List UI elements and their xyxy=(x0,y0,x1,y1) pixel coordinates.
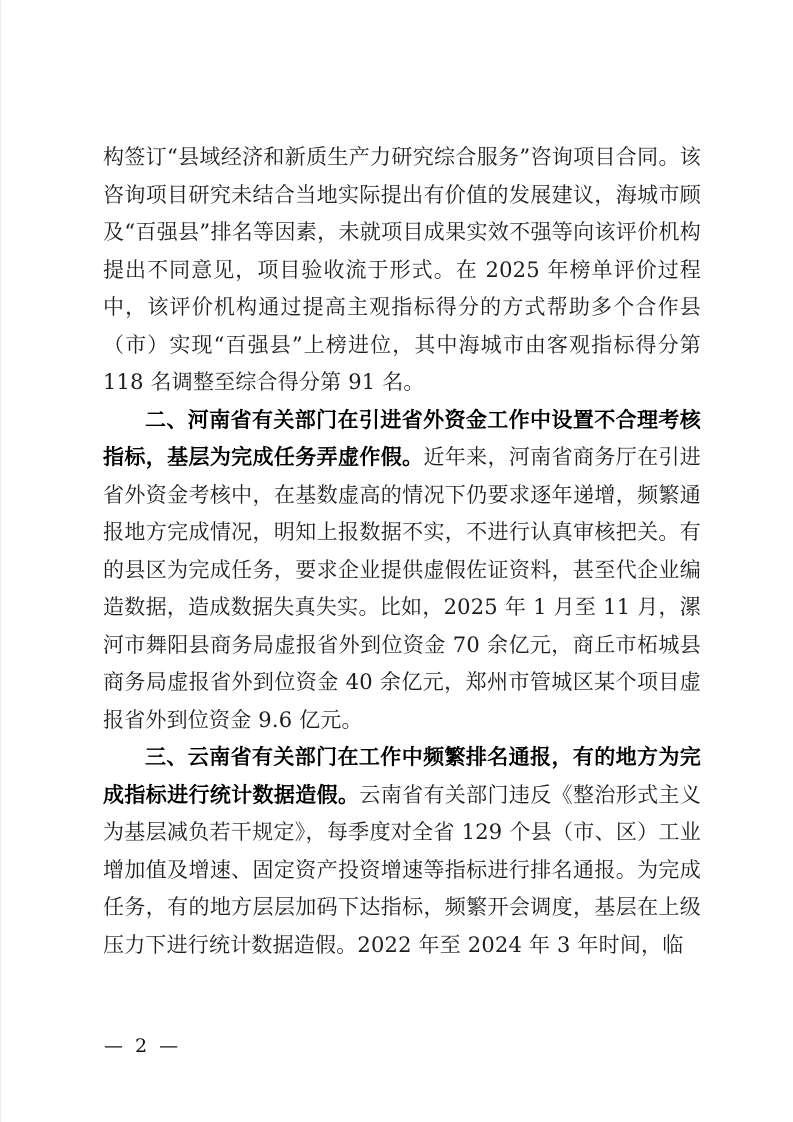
document-page: 构签订“县域经济和新质生产力研究综合服务”咨询项目合同。该咨询项目研究未结合当地… xyxy=(0,0,793,1122)
paragraph-continuation: 构签订“县域经济和新质生产力研究综合服务”咨询项目合同。该咨询项目研究未结合当地… xyxy=(103,139,701,402)
paragraph-continuation-text: 构签订“县域经济和新质生产力研究综合服务”咨询项目合同。该咨询项目研究未结合当地… xyxy=(103,145,701,394)
section-3-body-text: 云南省有关部门违反《整治形式主义为基层减负若干规定》，每季度对全省 129 个县… xyxy=(103,783,701,957)
document-body: 构签订“县域经济和新质生产力研究综合服务”咨询项目合同。该咨询项目研究未结合当地… xyxy=(103,139,701,964)
paragraph-section-3: 三、云南省有关部门在工作中频繁排名通报，有的地方为完成指标进行统计数据造假。云南… xyxy=(103,739,701,964)
page-number: — 2 — xyxy=(104,1034,181,1058)
paragraph-section-2: 二、河南省有关部门在引进省外资金工作中设置不合理考核指标，基层为完成任务弄虚作假… xyxy=(103,402,701,740)
section-2-body-text: 近年来，河南省商务厅在引进省外资金考核中，在基数虚高的情况下仍要求逐年递增，频繁… xyxy=(103,445,701,732)
